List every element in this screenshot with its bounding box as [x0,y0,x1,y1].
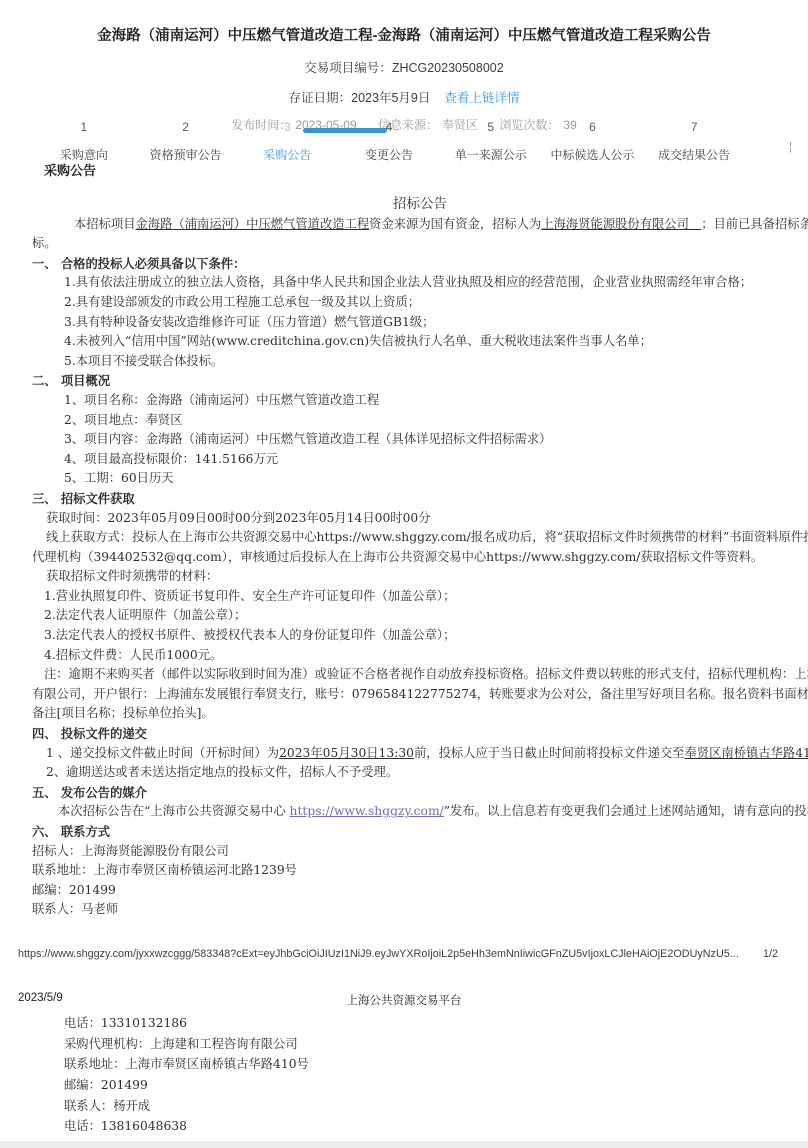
step-number: 1 [33,120,135,136]
page2-line: 邮编：201499 [32,1075,808,1096]
step-tab-6[interactable]: 6中标候选人公示 [542,120,644,164]
doc-line: 4、项目最高投标限价：141.5166万元 [32,450,808,470]
doc-line: 2、项目地点：奉贤区 [32,411,808,431]
doc-line: 2.具有建设部颁发的市政公用工程施工总承包一级及其以上资质； [32,293,808,313]
bottom-strip [0,1141,808,1148]
doc-text-segment: 2.具有建设部颁发的市政公用工程施工总承包一级及其以上资质； [64,295,420,309]
doc-line: 5.本项目不接受联合体投标。 [32,352,808,372]
section-title: 采购公告 [44,160,96,179]
doc-line: 联系地址：上海市奉贤区南桥镇运河北路1239号 [32,861,808,881]
doc-text-segment: ”发布。以上信息若有变更我们会通过上述网站通知，请有意向的投标人关 [444,804,808,818]
doc-line: 获取时间：2023年05月09日00时00分到2023年05月14日00时00分 [32,509,808,529]
doc-text-segment: 4、项目最高投标限价：141.5166万元 [64,452,278,466]
doc-text-segment: 1.营业执照复印件、资质证书复印件、安全生产许可证复印件（加盖公章）； [44,589,455,603]
step-tab-5[interactable]: 5单一来源公示 [440,120,542,164]
step-number: 7 [643,120,745,136]
doc-text-segment: 四、 投标文件的递交 [32,726,147,741]
doc-text-segment: 3.法定代表人的授权书原件、被授权代表本人的身份证复印件（加盖公章）； [44,628,455,642]
doc-line: 一、 合格的投标人必须具备以下条件： [32,254,808,274]
doc-text-segment: 5、工期：60日历天 [64,471,174,485]
doc-line: 1.营业执照复印件、资质证书复印件、安全生产许可证复印件（加盖公章）； [32,587,808,607]
step-number: 2 [135,120,237,136]
doc-line: 招标公告 [32,195,808,215]
doc-line: 3.法定代表人的授权书原件、被授权代表本人的身份证复印件（加盖公章）； [32,626,808,646]
doc-line: 四、 投标文件的递交 [32,724,808,744]
doc-text-segment: 有限公司，开户银行：上海浦东发展银行奉贤支行，账号：07965841227752… [32,687,808,701]
doc-text-segment: 本招标项目 [74,217,136,231]
doc-text-segment: 4.未被列入“信用中国”网站(www.creditchina.gov.cn)失信… [64,334,652,348]
doc-body: 招标公告本招标项目金海路（浦南运河）中压燃气管道改造工程资金来源为国有资金，招标… [32,195,808,920]
doc-text-segment: 代理机构（394402532@qq.com），审核通过后投标人在上海市公共资源交… [32,550,763,564]
doc-text-segment: 二、 项目概况 [32,373,110,388]
doc-text-segment: 2、逾期送达或者未送达指定地点的投标文件，招标人不予受理。 [46,765,398,779]
page2-body: 电话：13310132186采购代理机构：上海建和工程咨询有限公司联系地址：上海… [32,1013,808,1137]
doc-text-segment: 标。 [32,236,57,250]
doc-text-segment: 三、 招标文件获取 [32,491,135,506]
doc-line: 备注[项目名称；投标单位抬头]。 [32,704,808,724]
step-nav: 1采购意向2资格预审公告3采购公告4变更公告5单一来源公示6中标候选人公示7成交… [33,120,745,164]
doc-line: 1、项目名称：金海路（浦南运河）中压燃气管道改造工程 [32,391,808,411]
print-footer-url: https://www.shggzy.com/jyxxwzcggg/583348… [18,948,739,960]
step-number: 6 [542,120,644,136]
doc-line: 招标人：上海海贤能源股份有限公司 [32,842,808,862]
doc-line: 六、 联系方式 [32,822,808,842]
cert-date-line: 存证日期：2023年5月9日查看上链详情 [0,88,808,106]
doc-text-segment: 联系地址：上海市奉贤区南桥镇运河北路1239号 [32,863,297,877]
print-page-number: 1/2 [763,948,778,960]
doc-text-segment: 资金来源为国有资金，招标人为 [369,217,541,231]
doc-text-segment: 2023年05月30日13:30 [279,746,414,760]
step-label[interactable]: 成交结果公告 [658,146,730,163]
doc-text-segment: 上海海贤能源股份有限公司 [541,217,701,231]
doc-text-segment: 招标人：上海海贤能源股份有限公司 [32,844,229,858]
step-number: 5 [440,120,542,136]
doc-line: 3、项目内容：金海路（浦南运河）中压燃气管道改造工程（具体详见招标文件招标需求） [32,430,808,450]
page2-line: 电话：13310132186 [32,1013,808,1034]
doc-line: 三、 招标文件获取 [32,489,808,509]
project-number-label: 交易项目编号： [304,61,392,75]
doc-text-segment: 金海路（浦南运河）中压燃气管道改造工程 [136,217,370,231]
inline-url-link[interactable]: https://www.shggzy.com/ [290,804,444,818]
doc-text-segment: 注：逾期不来购买者（邮件以实际收到时间为准）或验证不合格者视作自动放弃投标资格。… [44,667,808,681]
page2-site-title: 上海公共资源交易平台 [0,992,808,1008]
doc-line: 5、工期：60日历天 [32,469,808,489]
doc-text-segment: 1 、递交投标文件截止时间（开标时间）为 [46,746,279,760]
doc-text-segment: 3.具有特种设备安装改造维修许可证（压力管道）燃气管道GB1级； [64,315,434,329]
doc-text-segment: 一、 合格的投标人必须具备以下条件： [32,256,245,271]
doc-text-segment: 奉贤区南桥镇古华路410号402 [685,746,808,760]
doc-line: 线上获取方式：投标人在上海市公共资源交易中心https://www.shggzy… [32,528,808,548]
doc-text-segment: 本次招标公告在“上海市公共资源交易中心 [58,804,290,818]
doc-line: 联系人：马老师 [32,900,808,920]
step-tab-4[interactable]: 4变更公告 [338,120,440,164]
doc-text-segment: 获取时间：2023年05月09日00时00分到2023年05月14日00时00分 [46,511,431,525]
step-label[interactable]: 中标候选人公示 [550,146,634,163]
doc-text-segment: 5.本项目不接受联合体投标。 [64,354,223,368]
doc-text-segment: 3、项目内容：金海路（浦南运河）中压燃气管道改造工程（具体详见招标文件招标需求） [64,432,551,446]
doc-text-segment: 邮编：201499 [32,883,116,897]
doc-text-segment: 获取招标文件时须携带的材料： [46,569,218,583]
doc-text-segment: 1、项目名称：金海路（浦南运河）中压燃气管道改造工程 [64,393,379,407]
doc-line: 3.具有特种设备安装改造维修许可证（压力管道）燃气管道GB1级； [32,313,808,333]
step-progress-bar [303,128,387,133]
view-chain-detail-link[interactable]: 查看上链详情 [444,91,519,105]
doc-text-segment: 联系人：马老师 [32,902,118,916]
doc-text-segment: 1.具有依法注册成立的独立法人资格，具备中华人民共和国企业法人营业执照及相应的经… [64,275,752,289]
doc-line: 注：逾期不来购买者（邮件以实际收到时间为准）或验证不合格者视作自动放弃投标资格。… [32,665,808,685]
step-tab-3[interactable]: 3采购公告 [236,120,338,164]
doc-line: 4.未被列入“信用中国”网站(www.creditchina.gov.cn)失信… [32,332,808,352]
doc-line: 获取招标文件时须携带的材料： [32,567,808,587]
doc-line: 2.法定代表人证明原件（加盖公章）； [32,606,808,626]
doc-text-segment: 前，投标人应于当日截止时间前将投标文件递交至 [414,746,685,760]
step-label[interactable]: 单一来源公示 [455,146,527,163]
step-label[interactable]: 资格预审公告 [150,146,222,163]
doc-line: 1 、递交投标文件截止时间（开标时间）为2023年05月30日13:30前，投标… [32,744,808,764]
doc-text-segment: 招标公告 [393,196,447,212]
page2-line: 联系地址：上海市奉贤区南桥镇古华路410号 [32,1054,808,1075]
doc-text-segment: 六、 联系方式 [32,824,110,839]
page-title: 金海路（浦南运河）中压燃气管道改造工程-金海路（浦南运河）中压燃气管道改造工程采… [0,0,808,46]
step-label[interactable]: 变更公告 [365,146,413,163]
page2-line: 电话：13816048638 [32,1116,808,1137]
page2-line: 采购代理机构：上海建和工程咨询有限公司 [32,1034,808,1055]
doc-text-segment: ；目前已具备招标条件，现进 [701,217,808,231]
doc-line: 有限公司，开户银行：上海浦东发展银行奉贤支行，账号：07965841227752… [32,685,808,705]
cert-date-label: 存证日期： [289,91,352,105]
step-tab-1[interactable]: 1采购意向 [33,120,135,164]
step-tab-7[interactable]: 7成交结果公告 [643,120,745,164]
doc-line: 1.具有依法注册成立的独立法人资格，具备中华人民共和国企业法人营业执照及相应的经… [32,273,808,293]
page2-line: 联系人：杨开成 [32,1096,808,1117]
doc-line: 五、 发布公告的媒介 [32,783,808,803]
doc-line: 2、逾期送达或者未送达指定地点的投标文件，招标人不予受理。 [32,763,808,783]
doc-text-segment: 2.法定代表人证明原件（加盖公章）； [44,608,246,622]
doc-line: 本次招标公告在“上海市公共资源交易中心 https://www.shggzy.c… [32,802,808,822]
doc-line: 邮编：201499 [32,881,808,901]
project-number-value: ZHCG20230508002 [392,61,504,75]
doc-text-segment: 线上获取方式：投标人在上海市公共资源交易中心https://www.shggzy… [46,530,808,544]
doc-line: 代理机构（394402532@qq.com），审核通过后投标人在上海市公共资源交… [32,548,808,568]
doc-line: 本招标项目金海路（浦南运河）中压燃气管道改造工程资金来源为国有资金，招标人为上海… [32,215,808,235]
project-number-line: 交易项目编号：ZHCG20230508002 [0,58,808,76]
doc-text-segment: 4.招标文件费：人民币1000元。 [44,648,222,662]
doc-line: 标。 [32,234,808,254]
clipped-next-step: ¦ [789,143,792,152]
doc-line: 4.招标文件费：人民币1000元。 [32,646,808,666]
doc-line: 二、 项目概况 [32,371,808,391]
doc-text-segment: 备注[项目名称；投标单位抬头]。 [32,706,214,720]
doc-text-segment: 2、项目地点：奉贤区 [64,413,183,427]
cert-date-value: 2023年5月9日 [351,91,430,105]
step-tab-2[interactable]: 2资格预审公告 [135,120,237,164]
doc-text-segment: 五、 发布公告的媒介 [32,785,147,800]
step-label[interactable]: 采购公告 [263,146,311,163]
